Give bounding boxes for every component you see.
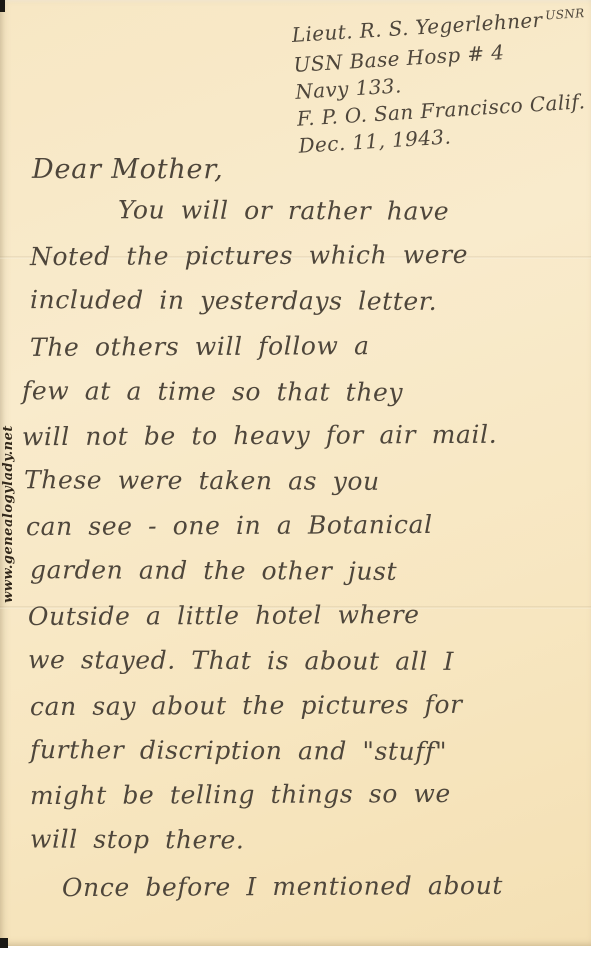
scan-artifact-top-left	[0, 0, 5, 12]
watermark-text: www.genealogylady.net	[1, 385, 17, 643]
letter-line: might be telling things so we	[30, 779, 451, 810]
letter-line: can see - one in a Botanical	[26, 510, 433, 541]
letter-line: included in yesterdays letter.	[30, 285, 437, 316]
letter-line: few at a time so that they	[22, 376, 403, 407]
return-address-block: Lieut. R. S. YegerlehnerUSNR USN Base Ho…	[291, 4, 591, 160]
letter-line: will not be to heavy for air mail.	[22, 420, 497, 451]
letter-line: Outside a little hotel where	[28, 600, 420, 631]
letter-line: will stop there.	[30, 825, 245, 855]
letter-paper: www.genealogylady.net Lieut. R. S. Yeger…	[0, 0, 591, 946]
letter-line: Once before I mentioned about	[62, 871, 503, 902]
scanner-background-right	[591, 0, 597, 959]
letter-line: The others will follow a	[30, 331, 370, 362]
letter-scan: www.genealogylady.net Lieut. R. S. Yeger…	[0, 0, 597, 959]
scanner-background-bottom	[0, 946, 597, 959]
letter-line: can say about the pictures for	[30, 690, 463, 721]
letter-line: we stayed. That is about all I	[28, 645, 454, 676]
scan-artifact-bottom-left	[0, 938, 8, 948]
letter-line: You will or rather have	[118, 195, 449, 225]
salutation: Dear Mother,	[32, 154, 223, 185]
sender-rank-suffix: USNR	[545, 6, 585, 22]
letter-line: further discription and "stuff"	[30, 735, 447, 766]
letter-line: Noted the pictures which were	[30, 240, 468, 271]
letter-line: These were taken as you	[24, 465, 380, 496]
letter-line: garden and the other just	[30, 555, 397, 586]
